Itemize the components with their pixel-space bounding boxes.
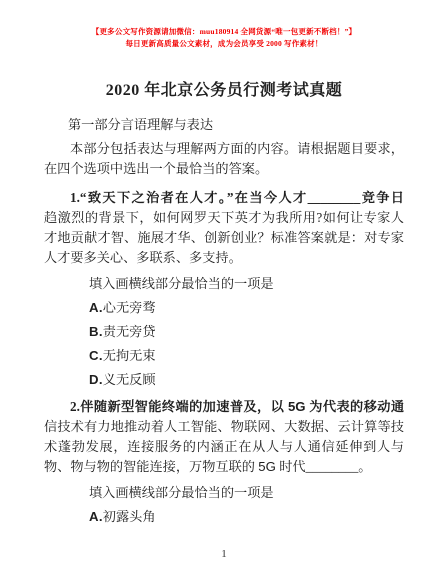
document-page: 【更多公文写作资源请加微信：muu180914 全网货源“唯一包更新不断档！”】…: [0, 0, 448, 580]
q1-option-a-letter: A.: [89, 300, 103, 315]
q2-line-3: 术蓬勃发展，连接服务的内涵正在从人与人通信延伸到人与: [44, 437, 404, 457]
q1-option-c: C.无拘无束: [44, 346, 404, 366]
q1-option-b-text: 责无旁贷: [103, 324, 156, 339]
q1-option-d: D.义无反顾: [44, 370, 404, 390]
promo-notice-line-2: 每日更新高质量公文素材，成为会员享受 2000 写作素材！: [0, 38, 448, 50]
page-number: 1: [0, 548, 448, 560]
q1-line-1: 1.“致天下之治者在人才。”在当今人才________竞争日: [44, 188, 404, 208]
q2-line-4: 物、物与物的智能连接，万物互联的 5G 时代________。: [44, 457, 404, 477]
q1-option-b-letter: B.: [89, 324, 103, 339]
q2-line-1: 2.伴随新型智能终端的加速普及，以 5G 为代表的移动通: [44, 397, 404, 417]
q1-line-4: 人才要多关心、多联系、多支持。: [44, 248, 404, 268]
promo-notice: 【更多公文写作资源请加微信：muu180914 全网货源“唯一包更新不断档！”】…: [0, 0, 448, 50]
q1-line-3: 才地贡献才智、施展才华、创新创业？标准答案就是：对专家: [44, 228, 404, 248]
q1-fill-blank-prompt: 填入画横线部分最恰当的一项是: [44, 274, 404, 294]
q1-line-2: 趋激烈的背景下，如何网罗天下英才为我所用?如何让专家人: [44, 208, 404, 228]
page-title: 2020 年北京公务员行测考试真题: [0, 80, 448, 102]
q2-option-a-text: 初露头角: [103, 509, 156, 524]
intro-line-2: 在四个选项中选出一个最恰当的答案。: [44, 159, 404, 179]
q2-line-4-5g: 5G: [258, 459, 276, 474]
q1-option-c-text: 无拘无束: [103, 348, 156, 363]
q1-option-d-letter: D.: [89, 372, 103, 387]
q2-line-1-post: 为代表的移动通: [306, 399, 404, 414]
q1-option-b: B.责无旁贷: [44, 322, 404, 342]
q1-option-d-text: 义无反顾: [103, 372, 156, 387]
intro-line-1: 本部分包括表达与理解两方面的内容。请根据题目要求，: [44, 139, 404, 159]
q2-line-4-post: 时代________。: [276, 459, 372, 474]
question-2-stem: 2.伴随新型智能终端的加速普及，以 5G 为代表的移动通 信技术有力地推动着人工…: [44, 397, 404, 477]
question-1-stem: 1.“致天下之治者在人才。”在当今人才________竞争日 趋激烈的背景下，如…: [44, 188, 404, 268]
section-heading: 第一部分言语理解与表达: [44, 115, 404, 135]
q2-line-1-5g: 5G: [288, 399, 306, 414]
q1-option-c-letter: C.: [89, 348, 103, 363]
section-intro-paragraph: 本部分包括表达与理解两方面的内容。请根据题目要求， 在四个选项中选出一个最恰当的…: [44, 139, 404, 179]
q1-option-a: A.心无旁骛: [44, 298, 404, 318]
q2-option-a: A.初露头角: [44, 507, 404, 527]
q1-option-a-text: 心无旁骛: [103, 300, 156, 315]
q2-line-2: 信技术有力地推动着人工智能、物联网、大数据、云计算等技: [44, 417, 404, 437]
document-body: 第一部分言语理解与表达 本部分包括表达与理解两方面的内容。请根据题目要求， 在四…: [0, 115, 448, 527]
promo-notice-line-1: 【更多公文写作资源请加微信：muu180914 全网货源“唯一包更新不断档！”】: [0, 26, 448, 38]
q2-option-a-letter: A.: [89, 509, 103, 524]
q2-line-4-pre: 物、物与物的智能连接，万物互联的: [44, 459, 258, 474]
q2-fill-blank-prompt: 填入画横线部分最恰当的一项是: [44, 483, 404, 503]
q2-line-1-pre: 2.伴随新型智能终端的加速普及，以: [70, 399, 288, 414]
